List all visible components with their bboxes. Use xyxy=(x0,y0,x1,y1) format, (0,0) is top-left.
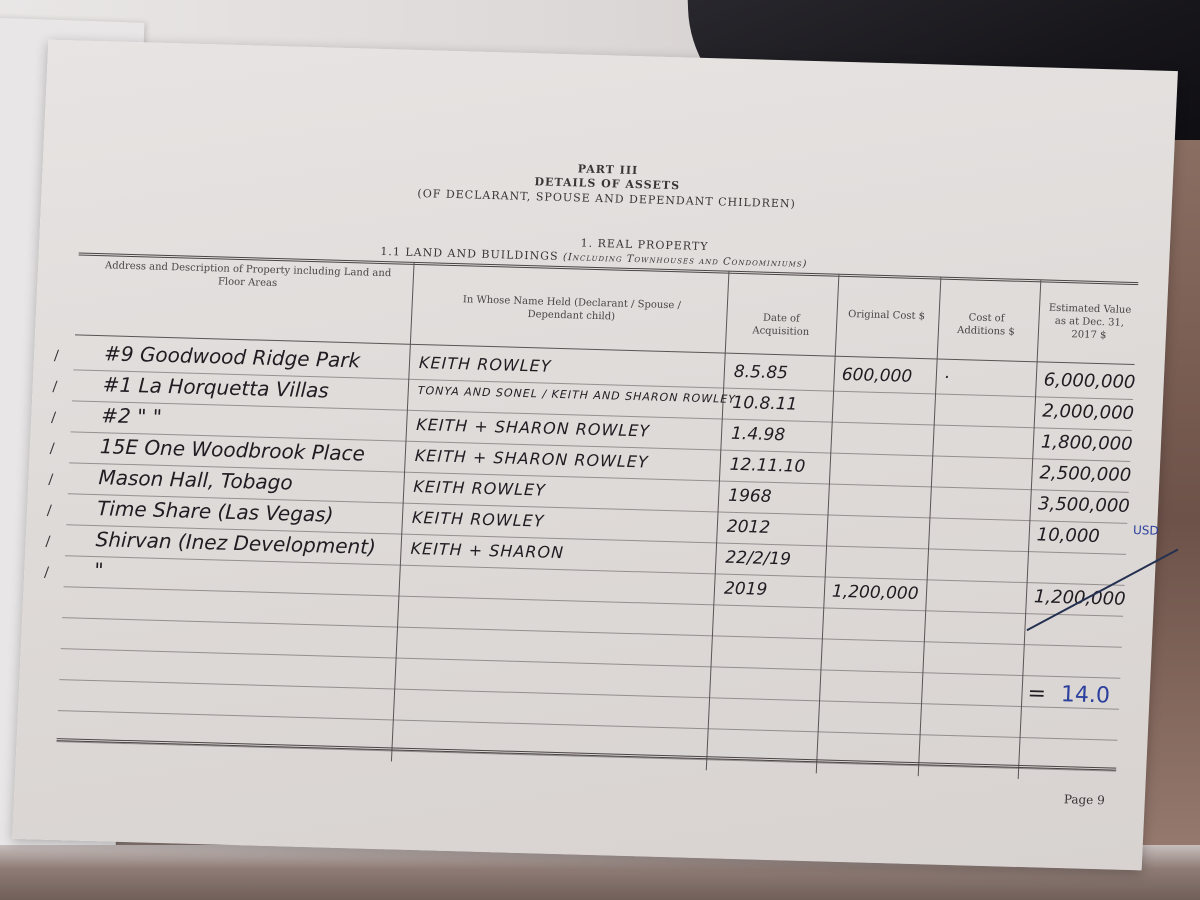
cell-date: 2012 xyxy=(726,517,770,538)
cell-address: " xyxy=(94,558,104,582)
cell-currency-note: USD xyxy=(1133,523,1159,538)
header-value: Estimated Value as at Dec. 31, 2017 $ xyxy=(1042,301,1138,343)
cell-date: 10.8.11 xyxy=(732,393,798,415)
total-value: = 14.0 xyxy=(1027,681,1111,708)
header-name: In Whose Name Held (Declarant / Spouse /… xyxy=(446,293,697,326)
cell-address: #9 Goodwood Ridge Park xyxy=(104,341,361,372)
cell-value: 3,500,000 xyxy=(1038,493,1131,517)
cell-date: 12.11.10 xyxy=(729,455,806,477)
row-rule xyxy=(59,679,1119,710)
cell-name: Tonya and Sonel / Keith and Sharon Rowle… xyxy=(417,384,736,406)
cell-cost: 1,200,000 xyxy=(832,582,919,604)
checkmark-icon: / xyxy=(52,379,57,395)
checkmark-icon: / xyxy=(44,565,49,581)
cell-name: Keith + Sharon xyxy=(410,539,564,562)
header-additions: Cost of Additions $ xyxy=(946,311,1027,339)
cell-date: 1968 xyxy=(728,486,772,507)
cell-address: Mason Hall, Tobago xyxy=(98,465,293,494)
cell-value: 1,800,000 xyxy=(1041,431,1134,455)
cell-address: Time Share (Las Vegas) xyxy=(97,496,334,527)
cell-date: 22/2/19 xyxy=(725,548,791,570)
checkmark-icon: / xyxy=(47,503,52,519)
header-address: Address and Description of Property incl… xyxy=(97,259,398,293)
cell-value: 6,000,000 xyxy=(1043,370,1136,394)
cell-address: #1 La Horquetta Villas xyxy=(102,372,329,402)
header-date: Date of Acquisition xyxy=(735,311,826,339)
page-number: Page 9 xyxy=(1064,792,1106,807)
cell-value: 2,500,000 xyxy=(1039,462,1132,486)
cell-date: 8.5.85 xyxy=(733,362,788,383)
declaration-form-page: PART III DETAILS OF ASSETS (OF DECLARANT… xyxy=(12,40,1178,871)
checkmark-icon: / xyxy=(54,348,59,364)
cell-date: 2019 xyxy=(724,579,768,600)
total-amount: 14.0 xyxy=(1060,682,1110,708)
checkmark-icon: / xyxy=(49,441,54,457)
header-cost: Original Cost $ xyxy=(846,308,927,323)
land-buildings-table: Address and Description of Property incl… xyxy=(56,253,1138,782)
cell-value: 2,000,000 xyxy=(1042,400,1135,424)
cell-address: Shirvan (Inez Development) xyxy=(95,527,376,559)
table-bottom-border xyxy=(57,738,1117,771)
cell-name: Keith + Sharon Rowley xyxy=(414,446,649,472)
cell-address: #2 " " xyxy=(101,403,163,429)
row-rule xyxy=(57,741,1117,772)
cell-value: 10,000 xyxy=(1036,524,1100,547)
checkmark-icon: / xyxy=(45,534,50,550)
checkmark-icon: / xyxy=(51,410,56,426)
cell-value: 1,200,000 xyxy=(1033,586,1126,610)
checkmark-icon: / xyxy=(48,472,53,488)
cell-additions: · xyxy=(943,368,949,388)
cell-address: 15E One Woodbrook Place xyxy=(99,434,365,465)
row-rule xyxy=(61,648,1121,679)
cell-name: Keith Rowley xyxy=(419,353,552,376)
cell-date: 1.4.98 xyxy=(731,424,786,445)
cell-name: Keith Rowley xyxy=(412,508,545,531)
cell-cost: 600,000 xyxy=(841,365,912,387)
cell-name: Keith + Sharon Rowley xyxy=(416,415,651,441)
row-rule xyxy=(58,710,1118,741)
cell-name: Keith Rowley xyxy=(413,477,546,500)
total-equals-mark: = xyxy=(1027,681,1047,706)
row-rule xyxy=(62,617,1122,648)
